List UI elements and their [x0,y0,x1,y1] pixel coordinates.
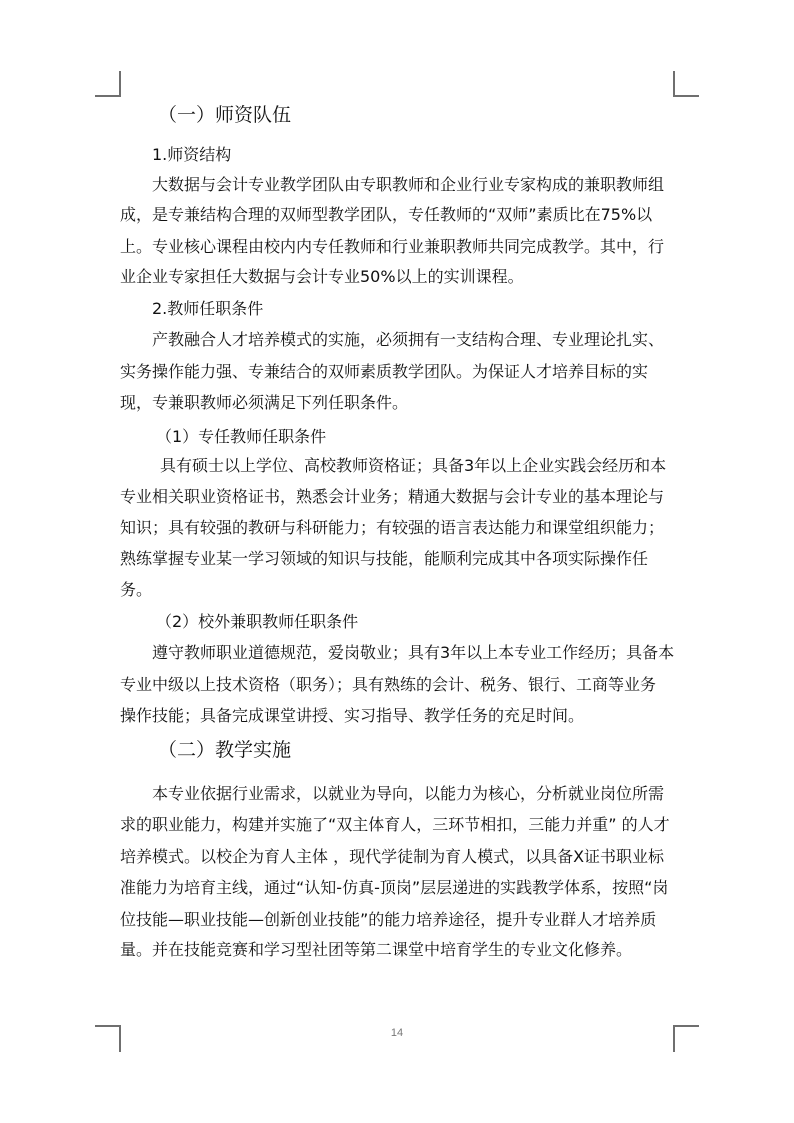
paragraph-line: 成，是专兼结构合理的双师型教学团队，专任教师的“双师”素质比在75%以 [120,205,680,225]
paragraph-line: 熟练掌握专业某一学习领域的知识与技能，能顺利完成其中各项实际操作任 [120,549,680,569]
paragraph-line: 务。 [120,580,680,600]
item-heading-fulltime-teachers: （1）专任教师任职条件 [156,427,716,447]
paragraph-line: 知识；具有较强的教研与科研能力；有较强的语言表达能力和课堂组织能力； [120,518,680,538]
paragraph-line: 培养模式。以校企为育人主体 ，现代学徒制为育人模式，以具备X证书职业标 [120,847,680,867]
paragraph-line: 准能力为培育主线，通过“认知-仿真-顶岗”层层递进的实践教学体系，按照“岗 [120,878,680,898]
paragraph-line: 本专业依据行业需求，以就业为导向，以能力为核心，分析就业岗位所需 [152,784,712,804]
subheading-teacher-qualifications: 2.教师任职条件 [152,299,712,319]
paragraph-line: 实务操作能力强、专兼结合的双师素质教学团队。为保证人才培养目标的实 [120,362,680,382]
crop-mark-top-left-vertical [119,71,121,97]
section-heading-teaching-implementation: （二）教学实施 [158,738,291,762]
paragraph-line: 位技能—职业技能—创新创业技能”的能力培养途径，提升专业群人才培养质 [120,910,680,930]
page-number: 14 [0,1027,794,1039]
paragraph-line: 量。并在技能竞赛和学习型社团等第二课堂中培育学生的专业文化修养。 [120,940,680,960]
crop-mark-top-right-horizontal [673,95,699,97]
paragraph-line: 操作技能；具备完成课堂讲授、实习指导、教学任务的充足时间。 [120,706,680,726]
paragraph-line: 专业相关职业资格证书，熟悉会计业务；精通大数据与会计专业的基本理论与 [120,487,680,507]
paragraph-line: 产教融合人才培养模式的实施，必须拥有一支结构合理、专业理论扎实、 [152,330,712,350]
section-heading-faculty: （一）师资队伍 [158,103,291,127]
paragraph-line: 具有硕士以上学位、高校教师资格证；具备3年以上企业实践会经历和本 [160,456,720,476]
paragraph-line: 求的职业能力，构建并实施了“双主体育人，三环节相扣，三能力并重” 的人才 [120,815,680,835]
crop-mark-top-right-vertical [673,71,675,97]
subheading-faculty-structure: 1.师资结构 [152,145,712,165]
paragraph-line: 专业中级以上技术资格（职务）；具有熟练的会计、税务、银行、工商等业务 [120,675,680,695]
paragraph-line: 业企业专家担任大数据与会计专业50%以上的实训课程。 [120,267,680,287]
item-heading-parttime-teachers: （2）校外兼职教师任职条件 [156,612,716,632]
paragraph-line: 上。专业核心课程由校内内专任教师和行业兼职教师共同完成教学。其中，行 [120,237,680,257]
paragraph-line: 大数据与会计专业教学团队由专职教师和企业行业专家构成的兼职教师组 [152,175,712,195]
paragraph-line: 现，专兼职教师必须满足下列任职条件。 [120,393,680,413]
crop-mark-top-left-horizontal [95,95,121,97]
paragraph-line: 遵守教师职业道德规范，爱岗敬业；具有3年以上本专业工作经历；具备本 [152,643,712,663]
